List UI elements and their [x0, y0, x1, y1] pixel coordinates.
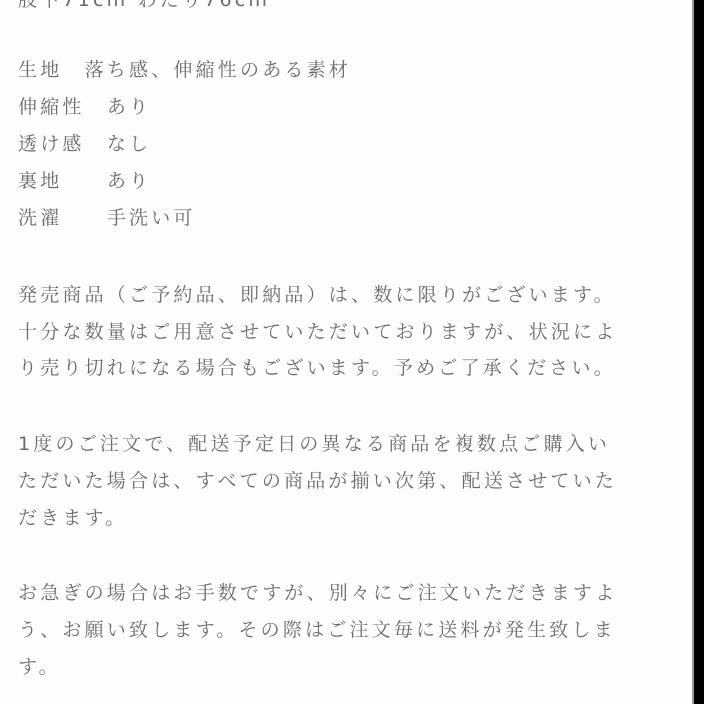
spec-gap	[85, 96, 107, 118]
paragraph-urgent-line-3: す。	[18, 655, 61, 679]
spec-value: あり	[107, 96, 151, 118]
page-edge-divider	[692, 0, 694, 704]
spec-label: 裏地	[18, 169, 62, 193]
spec-row-transparency: 透け感 なし	[18, 132, 151, 156]
paragraph-urgent-line-2: う、お願い致します。その際はご注文毎に送料が発生致しま	[18, 618, 616, 642]
paragraph-stock-line-2: 十分な数量はご用意させていただいておりますが、状況によ	[18, 320, 617, 344]
paragraph-shipping-line-1: 1度のご注文で、配送予定日の異なる商品を複数点ご購入い	[18, 432, 610, 456]
spec-label: 洗濯	[18, 206, 62, 230]
paragraph-shipping-line-3: だきます。	[18, 506, 127, 530]
spec-row-washing: 洗濯 手洗い可	[18, 206, 196, 230]
spec-label: 伸縮性	[18, 95, 85, 119]
spec-label: 生地	[18, 58, 62, 82]
spec-value: 手洗い可	[107, 207, 196, 229]
paragraph-shipping-line-2: ただいた場合は、すべての商品が揃い次第、配送させていた	[18, 469, 617, 493]
spec-gap	[62, 59, 84, 81]
spec-value: なし	[107, 133, 151, 155]
paragraph-stock-line-1: 発売商品（ご予約品、即納品）は、数に限りがございます。	[18, 283, 616, 307]
spec-label: 透け感	[18, 132, 85, 156]
spec-value: あり	[107, 170, 151, 192]
paragraph-stock-line-3: り売り切れになる場合もございます。予めご了承ください。	[18, 356, 616, 380]
spec-row-lining: 裏地 あり	[18, 169, 151, 193]
spec-gap	[85, 133, 107, 155]
spec-gap	[62, 207, 106, 229]
spec-gap	[62, 170, 106, 192]
paragraph-urgent-line-1: お急ぎの場合はお手数ですが、別々にご注文いただきますよ	[18, 581, 617, 605]
clipped-size-line: 股下71cm わたり76cm	[18, 0, 270, 12]
product-description-page: 股下71cm わたり76cm 生地 落ち感、伸縮性のある素材 伸縮性 あり 透け…	[0, 0, 692, 704]
spec-value: 落ち感、伸縮性のある素材	[85, 59, 351, 81]
spec-row-stretch: 伸縮性 あり	[18, 95, 151, 119]
spec-row-fabric: 生地 落ち感、伸縮性のある素材	[18, 58, 351, 82]
